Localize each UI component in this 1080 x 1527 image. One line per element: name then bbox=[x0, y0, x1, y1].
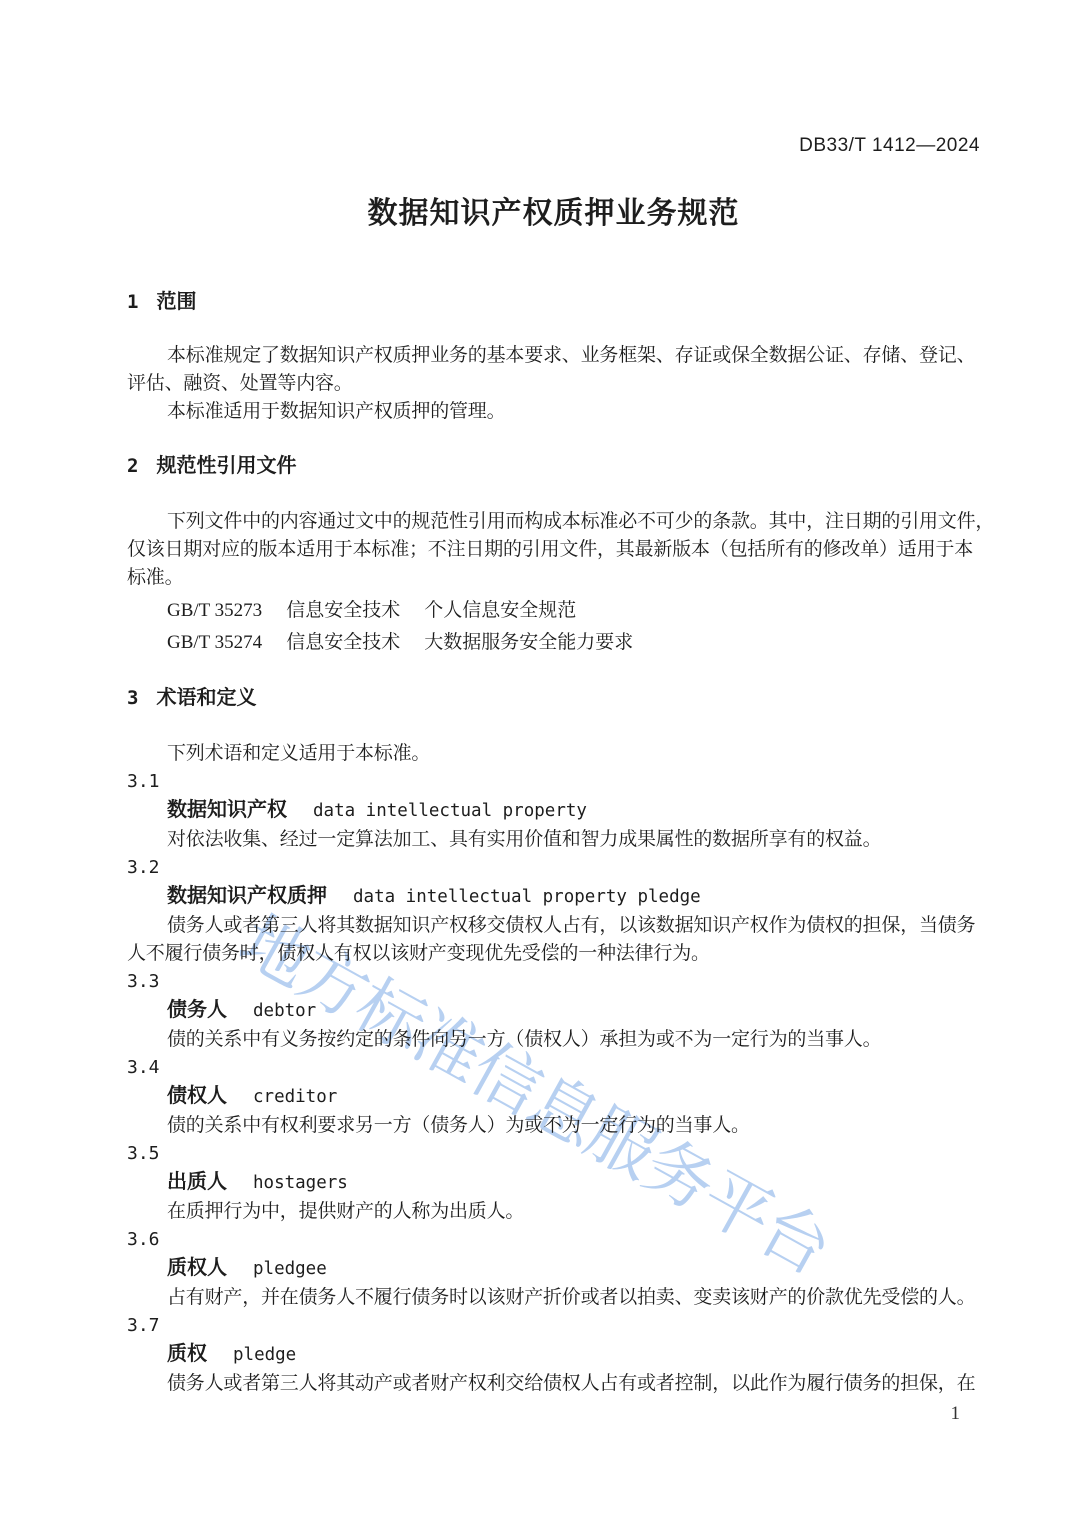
term-name-zh: 出质人 bbox=[167, 1171, 227, 1193]
paragraph-line: 下列术语和定义适用于本标准。 bbox=[127, 740, 980, 768]
document-title: 数据知识产权质押业务规范 bbox=[127, 194, 980, 234]
section-2-heading: 2规范性引用文件 bbox=[127, 452, 980, 480]
term-name-zh: 数据知识产权质押 bbox=[167, 885, 327, 907]
paragraph-line: 本标准适用于数据知识产权质押的管理。 bbox=[127, 398, 980, 426]
paragraph-line: 下列文件中的内容通过文中的规范性引用而构成本标准必不可少的条款。其中，注日期的引… bbox=[127, 508, 980, 536]
term-definition: 在质押行为中，提供财产的人称为出质人。 bbox=[127, 1198, 980, 1226]
term-name-en: hostagers bbox=[253, 1173, 348, 1193]
term-heading: 债务人debtor bbox=[127, 996, 980, 1026]
section-1-heading: 1范围 bbox=[127, 288, 980, 316]
section-1-title: 范围 bbox=[156, 291, 196, 313]
term-heading: 质权pledge bbox=[127, 1340, 980, 1370]
paragraph-line: 评估、融资、处置等内容。 bbox=[127, 370, 980, 398]
section-3-number: 3 bbox=[127, 687, 138, 709]
term-name-zh: 质权 bbox=[167, 1343, 207, 1365]
term-name-en: debtor bbox=[253, 1001, 316, 1021]
term-name-en: data intellectual property pledge bbox=[353, 887, 701, 907]
paragraph-line: 标准。 bbox=[127, 564, 980, 592]
term-definition: 对依法收集、经过一定算法加工、具有实用价值和智力成果属性的数据所享有的权益。 bbox=[127, 826, 980, 854]
term-number: 3.5 bbox=[127, 1140, 980, 1168]
section-1-number: 1 bbox=[127, 291, 138, 313]
term-name-zh: 债务人 bbox=[167, 999, 227, 1021]
page-content: DB33/T 1412—2024 数据知识产权质押业务规范 1范围 本标准规定了… bbox=[127, 0, 980, 1398]
term-number: 3.1 bbox=[127, 768, 980, 796]
term-definition: 债务人或者第三人将其数据知识产权移交债权人占有，以该数据知识产权作为债权的担保，… bbox=[127, 912, 980, 940]
term-name-zh: 数据知识产权 bbox=[167, 799, 287, 821]
paragraph-line: 本标准规定了数据知识产权质押业务的基本要求、业务框架、存证或保全数据公证、存储、… bbox=[127, 342, 980, 370]
reference-code: GB/T 35273 bbox=[167, 600, 262, 621]
term-heading: 数据知识产权data intellectual property bbox=[127, 796, 980, 826]
reference-name: 个人信息安全规范 bbox=[424, 600, 576, 621]
paragraph-line: 仅该日期对应的版本适用于本标准；不注日期的引用文件，其最新版本（包括所有的修改单… bbox=[127, 536, 980, 564]
reference-field: 信息安全技术 bbox=[286, 632, 400, 653]
term-number: 3.4 bbox=[127, 1054, 980, 1082]
term-name-en: pledgee bbox=[253, 1259, 327, 1279]
term-definition: 债的关系中有权利要求另一方（债务人）为或不为一定行为的当事人。 bbox=[127, 1112, 980, 1140]
reference-name: 大数据服务安全能力要求 bbox=[424, 632, 633, 653]
term-name-en: pledge bbox=[233, 1345, 296, 1365]
section-2-title: 规范性引用文件 bbox=[156, 455, 296, 477]
normative-reference: GB/T 35274信息安全技术大数据服务安全能力要求 bbox=[127, 629, 980, 657]
page-number: 1 bbox=[951, 1400, 961, 1428]
document-page: 地方标准信息服务平台 DB33/T 1412—2024 数据知识产权质押业务规范… bbox=[0, 0, 1080, 1527]
term-name-zh: 质权人 bbox=[167, 1257, 227, 1279]
term-number: 3.3 bbox=[127, 968, 980, 996]
section-2-number: 2 bbox=[127, 455, 138, 477]
term-name-en: data intellectual property bbox=[313, 801, 587, 821]
reference-field: 信息安全技术 bbox=[286, 600, 400, 621]
reference-code: GB/T 35274 bbox=[167, 632, 262, 653]
term-definition: 占有财产，并在债务人不履行债务时以该财产折价或者以拍卖、变卖该财产的价款优先受偿… bbox=[127, 1284, 980, 1312]
normative-reference: GB/T 35273信息安全技术个人信息安全规范 bbox=[127, 597, 980, 625]
term-definition: 债务人或者第三人将其动产或者财产权利交给债权人占有或者控制，以此作为履行债务的担… bbox=[127, 1370, 980, 1398]
term-number: 3.7 bbox=[127, 1312, 980, 1340]
term-name-en: creditor bbox=[253, 1087, 337, 1107]
term-number: 3.6 bbox=[127, 1226, 980, 1254]
section-3-title: 术语和定义 bbox=[156, 687, 256, 709]
term-definition: 人不履行债务时，债权人有权以该财产变现优先受偿的一种法律行为。 bbox=[127, 940, 980, 968]
standard-code: DB33/T 1412—2024 bbox=[127, 134, 980, 158]
term-number: 3.2 bbox=[127, 854, 980, 882]
term-name-zh: 债权人 bbox=[167, 1085, 227, 1107]
term-definition: 债的关系中有义务按约定的条件向另一方（债权人）承担为或不为一定行为的当事人。 bbox=[127, 1026, 980, 1054]
term-heading: 数据知识产权质押data intellectual property pledg… bbox=[127, 882, 980, 912]
term-heading: 出质人hostagers bbox=[127, 1168, 980, 1198]
section-3-heading: 3术语和定义 bbox=[127, 684, 980, 712]
term-heading: 质权人pledgee bbox=[127, 1254, 980, 1284]
term-heading: 债权人creditor bbox=[127, 1082, 980, 1112]
